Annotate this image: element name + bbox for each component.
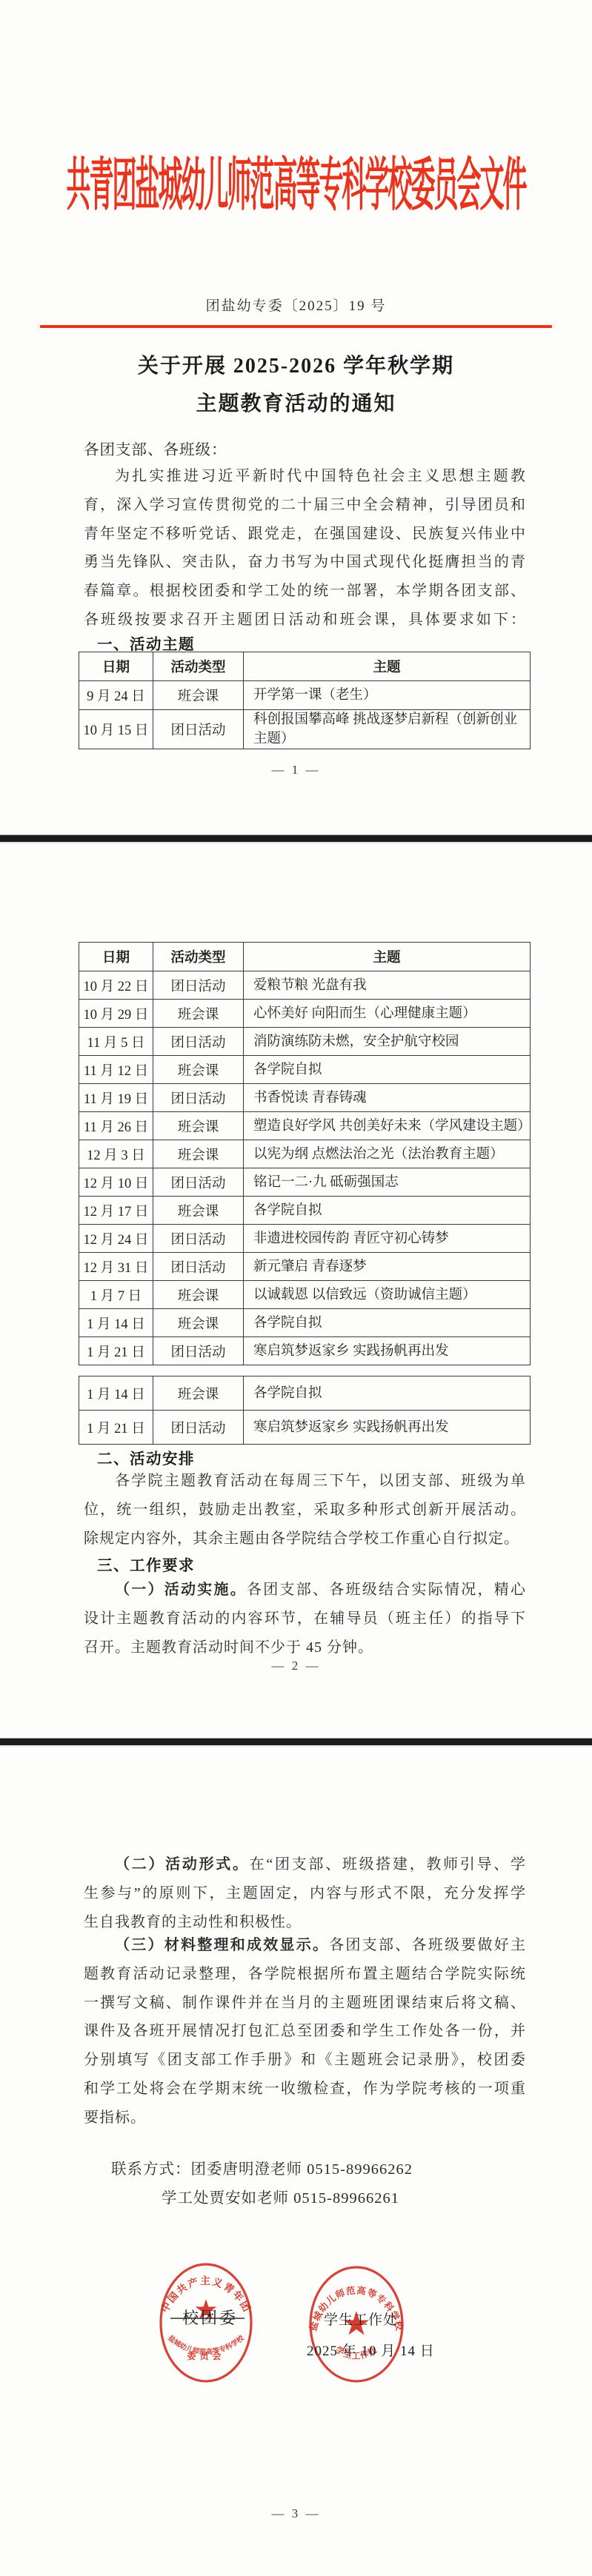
text-line: 课件及各班开展情况打包汇总至团委和学生工作处各一份，并: [84, 2017, 526, 2046]
table-cell: 12 月 31 日: [79, 1253, 153, 1281]
text-line: 青年坚定不移听党话、跟党走，在强国建设、民族复兴伟业中: [84, 520, 526, 549]
table-row: 11 月 26 日班会课塑造良好学风 共创美好未来（学风建设主题）: [79, 1112, 531, 1140]
notice-title-line-2: 主题教育活动的通知: [0, 387, 592, 417]
table-header-row: 日期活动类型主题: [79, 652, 531, 681]
table-cell: 10 月 29 日: [79, 1000, 153, 1028]
text-line: 题教育活动记录整理，各学院根据所布置主题结合学院实际统: [84, 1960, 526, 1989]
text-line: 和学工处将会在学期末统一收缴检查，作为学院考核的一项重: [84, 2075, 526, 2104]
table-cell: 班会课: [153, 1376, 244, 1411]
table-cell: 班会课: [153, 1309, 244, 1337]
text-line: 各学院主题教育活动在每周三下午，以团支部、班级为单: [84, 1467, 526, 1496]
table-cell: 开学第一课（老生）: [244, 681, 531, 710]
table-row: 10 月 22 日团日活动爱粮节粮 光盘有我: [79, 971, 531, 1000]
schedule-table-2-fragment: 1 月 14 日班会课各学院自拟1 月 21 日团日活动寒启筑梦返家乡 实践扬帆…: [79, 1376, 531, 1445]
intro-paragraph: 为扎实推进习近平新时代中国特色社会主义思想主题教育，深入学习宣传贯彻党的二十届三…: [84, 462, 526, 635]
column-header: 主题: [244, 652, 531, 681]
table-row: 1 月 7 日班会课以诚载恩 以信致远（资助诚信主题）: [79, 1281, 531, 1309]
table-cell: 各学院自拟: [244, 1376, 531, 1411]
table-row: 10 月 15 日团日活动科创报国攀高峰 挑战逐梦启新程（创新创业主题）: [79, 710, 531, 749]
table-cell: 12 月 24 日: [79, 1225, 153, 1253]
table-cell: 12 月 3 日: [79, 1140, 153, 1168]
table-cell: 1 月 14 日: [79, 1376, 153, 1411]
table-cell: 非遗进校园传韵 青匠守初心铸梦: [244, 1225, 531, 1253]
table-cell: 1 月 14 日: [79, 1309, 153, 1337]
table-cell: 11 月 5 日: [79, 1028, 153, 1056]
contact-line-1: 联系方式：团委唐明澄老师 0515-89966262: [111, 2156, 413, 2178]
table-cell: 团日活动: [153, 1084, 244, 1112]
table-row: 12 月 3 日班会课以宪为纲 点燃法治之光（法治教育主题）: [79, 1140, 531, 1168]
section-2-paragraph: 各学院主题教育活动在每周三下午，以团支部、班级为单位，统一组织，鼓励走出教室，采…: [84, 1467, 526, 1553]
contact-line-2: 学工处贾安如老师 0515-89966261: [162, 2185, 399, 2207]
table-row: 12 月 17 日班会课各学院自拟: [79, 1197, 531, 1225]
text-line: 分别填写《团支部工作手册》和《主题班会记录册》，校团委: [84, 2046, 526, 2075]
table-cell: 12 月 17 日: [79, 1197, 153, 1225]
table-cell: 团日活动: [153, 1168, 244, 1197]
text-line: 春篇章。根据校团委和学工处的统一部署，本学期各团支部、: [84, 577, 526, 606]
table-cell: 1 月 7 日: [79, 1281, 153, 1309]
table-cell: 团日活动: [153, 1411, 244, 1445]
table-cell: 班会课: [153, 1140, 244, 1168]
table-cell: 团日活动: [153, 1337, 244, 1365]
table-cell: 团日活动: [153, 1253, 244, 1281]
salutation: 各团支部、各班级：: [84, 437, 227, 459]
table-cell: 1 月 21 日: [79, 1411, 153, 1445]
table-cell: 团日活动: [153, 1028, 244, 1056]
section-1-heading: 一、活动主题: [97, 632, 195, 654]
text-line: （一）活动实施。各团支部、各班级结合实际情况，精心: [84, 1576, 526, 1605]
stamp-left-bottom-text: 委员会: [187, 2350, 225, 2361]
table-cell: 10 月 15 日: [79, 710, 153, 749]
page-2-footer: — 2 —: [0, 1659, 592, 1673]
table-row: 12 月 24 日团日活动非遗进校园传韵 青匠守初心铸梦: [79, 1225, 531, 1253]
table-cell: 11 月 12 日: [79, 1056, 153, 1084]
table-cell: 新元肇启 青春逐梦: [244, 1253, 531, 1281]
page-separator-1: [0, 834, 592, 843]
table-row: 12 月 10 日团日活动铭记一二·九 砥砺强国志: [79, 1168, 531, 1197]
section-2-heading: 二、活动安排: [97, 1446, 195, 1468]
table-row: 1 月 14 日班会课各学院自拟: [79, 1309, 531, 1337]
table-cell: 各学院自拟: [244, 1309, 531, 1337]
table-cell: 寒启筑梦返家乡 实践扬帆再出发: [244, 1337, 531, 1365]
text-line: 设计主题教育活动的内容环节，在辅导员（班主任）的指导下: [84, 1605, 526, 1633]
text-line: 生参与”的原则下，主题固定，内容与形式不限，充分发挥学: [84, 1879, 526, 1908]
section-3-heading: 三、工作要求: [97, 1553, 195, 1575]
table-cell: 团日活动: [153, 971, 244, 1000]
text-line: 为扎实推进习近平新时代中国特色社会主义思想主题教: [84, 462, 526, 491]
table-cell: 各学院自拟: [244, 1056, 531, 1084]
table-row: 1 月 14 日班会课各学院自拟: [79, 1376, 531, 1411]
page-separator-2: [0, 1738, 592, 1747]
table-cell: 团日活动: [153, 710, 244, 749]
table-cell: 以诚载恩 以信致远（资助诚信主题）: [244, 1281, 531, 1309]
text-line: 一撰写文稿、制作课件并在当月的主题班团课结束后将文稿、: [84, 1989, 526, 2018]
column-header: 活动类型: [153, 652, 244, 681]
table-cell: 团日活动: [153, 1225, 244, 1253]
schedule-table-1: 日期活动类型主题 9 月 24 日班会课开学第一课（老生）10 月 15 日团日…: [79, 652, 531, 749]
table-cell: 消防演练防未燃，安全护航守校园: [244, 1028, 531, 1056]
table-cell: 塑造良好学风 共创美好未来（学风建设主题）: [244, 1112, 531, 1140]
table-cell: 心怀美好 向阳而生（心理健康主题）: [244, 1000, 531, 1028]
text-line: （三）材料整理和成效显示。各团支部、各班级要做好主: [84, 1931, 526, 1960]
column-header: 日期: [79, 943, 153, 971]
banner-title-row: 共青团盐城幼儿师范高等专科学校委员会文件: [0, 159, 592, 184]
scanned-document: 共青团盐城幼儿师范高等专科学校委员会文件 团盐幼专委〔2025〕19 号 关于开…: [0, 0, 592, 2576]
table-cell: 班会课: [153, 1000, 244, 1028]
issue-date: 2025 年 10 月 14 日: [307, 2340, 435, 2360]
table-row: 11 月 19 日团日活动书香悦读 青春铸魂: [79, 1084, 531, 1112]
table-row: 11 月 12 日班会课各学院自拟: [79, 1056, 531, 1084]
table-cell: 班会课: [153, 681, 244, 710]
official-stamps: 中国共产主义青年团 盐城幼儿师范高等专科学校 委员会 盐城幼儿师范高等专科学校: [141, 2251, 452, 2406]
text-line: （二）活动形式。在“团支部、班级搭建，教师引导、学: [84, 1850, 526, 1879]
text-line: 育，深入学习宣传贯彻党的二十届三中全会精神，引导团员和: [84, 491, 526, 520]
table-cell: 爱粮节粮 光盘有我: [244, 971, 531, 1000]
table-cell: 11 月 19 日: [79, 1084, 153, 1112]
table-cell: 班会课: [153, 1197, 244, 1225]
work-item-2-paragraph: （二）活动形式。在“团支部、班级搭建，教师引导、学生参与”的原则下，主题固定，内…: [84, 1850, 526, 1936]
text-line: 勇当先锋队、突击队，奋力书写为中国式现代化挺膺担当的青: [84, 548, 526, 577]
text-line: 除规定内容外，其余主题由各学院结合学校工作重心自行拟定。: [84, 1525, 526, 1553]
doc-number: 团盐幼专委〔2025〕19 号: [0, 295, 592, 315]
text-line: 各班级按要求召开主题团日活动和班会课，具体要求如下：: [84, 606, 526, 635]
table-cell: 12 月 10 日: [79, 1168, 153, 1197]
table-row: 1 月 21 日团日活动寒启筑梦返家乡 实践扬帆再出发: [79, 1337, 531, 1365]
notice-title-line-1: 关于开展 2025-2026 学年秋学期: [0, 349, 592, 379]
column-header: 主题: [244, 943, 531, 971]
table-row: 1 月 21 日团日活动寒启筑梦返家乡 实践扬帆再出发: [79, 1411, 531, 1445]
table-cell: 11 月 26 日: [79, 1112, 153, 1140]
table-cell: 10 月 22 日: [79, 971, 153, 1000]
table-cell: 1 月 21 日: [79, 1337, 153, 1365]
column-header: 日期: [79, 652, 153, 681]
table-cell: 班会课: [153, 1056, 244, 1084]
table-header-row: 日期活动类型主题: [79, 943, 531, 971]
table-cell: 班会课: [153, 1281, 244, 1309]
page-3-footer: — 3 —: [0, 2506, 592, 2521]
table-row: 10 月 29 日班会课心怀美好 向阳而生（心理健康主题）: [79, 1000, 531, 1028]
column-header: 活动类型: [153, 943, 244, 971]
page-1-footer: — 1 —: [0, 763, 592, 777]
table-cell: 各学院自拟: [244, 1197, 531, 1225]
text-line: 要指标。: [84, 2104, 526, 2132]
table-cell: 书香悦读 青春铸魂: [244, 1084, 531, 1112]
text-line: 召开。主题教育活动时间不少于 45 分钟。: [84, 1633, 526, 1662]
table-row: 11 月 5 日团日活动消防演练防未燃，安全护航守校园: [79, 1028, 531, 1056]
schedule-table-2: 日期活动类型主题 10 月 22 日团日活动爱粮节粮 光盘有我10 月 29 日…: [79, 942, 531, 1365]
table-cell: 科创报国攀高峰 挑战逐梦启新程（创新创业主题）: [244, 710, 531, 749]
red-separator-rule: [40, 325, 552, 328]
signature-left-label: 校团委: [182, 2306, 238, 2329]
work-item-3-paragraph: （三）材料整理和成效显示。各团支部、各班级要做好主题教育活动记录整理，各学院根据…: [84, 1931, 526, 2132]
table-cell: 寒启筑梦返家乡 实践扬帆再出发: [244, 1411, 531, 1445]
signature-right-label: 学生工作处: [324, 2309, 398, 2329]
table-cell: 班会课: [153, 1112, 244, 1140]
table-row: 12 月 31 日团日活动新元肇启 青春逐梦: [79, 1253, 531, 1281]
stamps-svg: 中国共产主义青年团 盐城幼儿师范高等专科学校 委员会 盐城幼儿师范高等专科学校: [141, 2251, 452, 2406]
work-item-1-paragraph: （一）活动实施。各团支部、各班级结合实际情况，精心设计主题教育活动的内容环节，在…: [84, 1576, 526, 1662]
table-cell: 铭记一二·九 砥砺强国志: [244, 1168, 531, 1197]
table-row: 9 月 24 日班会课开学第一课（老生）: [79, 681, 531, 710]
banner-title: 共青团盐城幼儿师范高等专科学校委员会文件: [67, 159, 526, 217]
table-cell: 以宪为纲 点燃法治之光（法治教育主题）: [244, 1140, 531, 1168]
table-cell: 9 月 24 日: [79, 681, 153, 710]
text-line: 位，统一组织，鼓励走出教室，采取多种形式创新开展活动。: [84, 1496, 526, 1525]
